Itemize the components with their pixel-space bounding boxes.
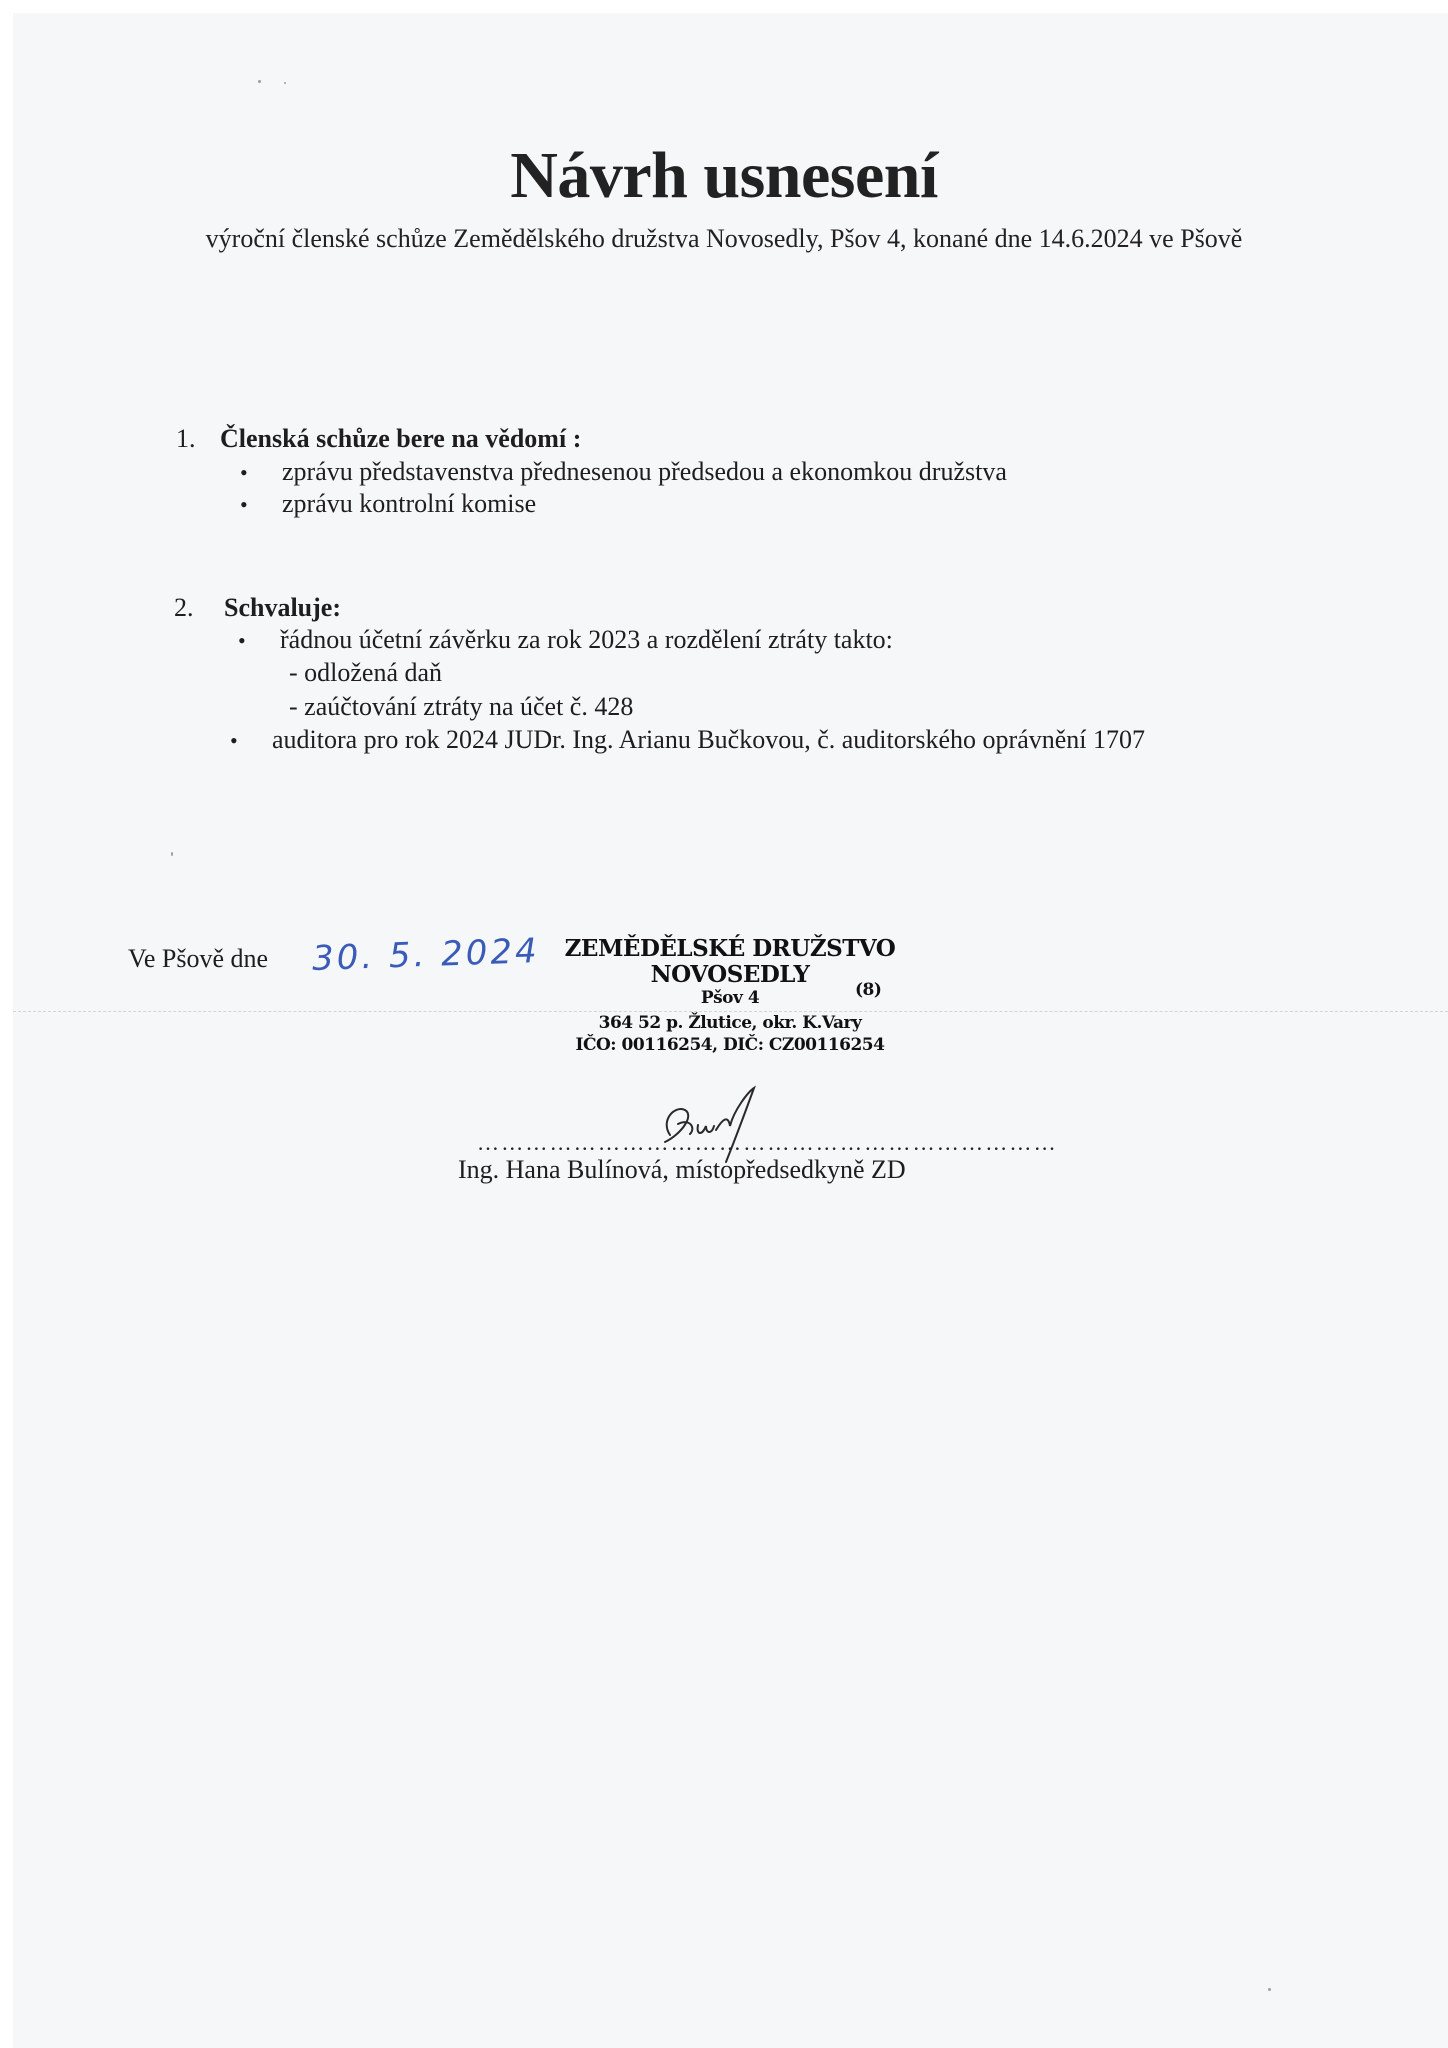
list-item: řádnou účetní závěrku za rok 2023 a rozd… — [280, 625, 893, 655]
section-heading: Schvaluje: — [224, 593, 341, 623]
list-item: zprávu představenstva přednesenou předse… — [282, 457, 1007, 487]
section-number: 2. — [174, 593, 194, 623]
bullet-icon: • — [240, 460, 248, 486]
signature-line: ……………………………………………………………… — [477, 1130, 1058, 1156]
section-number: 1. — [176, 424, 196, 454]
bullet-icon: • — [238, 628, 246, 654]
section-heading: Členská schůze bere na vědomí : — [220, 424, 581, 454]
stamp-line: IČO: 00116254, DIČ: CZ00116254 — [560, 1035, 900, 1055]
stamp-line: Pšov 4 — [560, 988, 900, 1008]
document-title: Návrh usnesení — [0, 138, 1448, 214]
place-date-label: Ve Pšově dne — [128, 944, 268, 974]
sub-item: - odložená daň — [289, 658, 442, 688]
signer-name: Ing. Hana Bulínová, místopředsedkyně ZD — [458, 1155, 906, 1185]
stamp-line: 364 52 p. Žlutice, okr. K.Vary — [560, 1013, 900, 1033]
scan-speck — [284, 82, 286, 84]
list-item: zprávu kontrolní komise — [282, 489, 536, 519]
sub-item: - zaúčtování ztráty na účet č. 428 — [289, 692, 633, 722]
handwritten-date: 30. 5. 2024 — [311, 931, 540, 979]
bullet-icon: • — [240, 492, 248, 518]
list-item: auditora pro rok 2024 JUDr. Ing. Arianu … — [272, 725, 1145, 755]
bullet-icon: • — [230, 728, 238, 754]
scan-speck — [258, 80, 261, 83]
stamp-line: NOVOSEDLY — [560, 961, 900, 988]
paper-fold-line — [13, 1011, 1448, 1012]
scan-speck — [171, 852, 173, 856]
document-subtitle: výroční členské schůze Zemědělského druž… — [0, 224, 1448, 254]
scan-speck — [1268, 1988, 1271, 1991]
stamp-line: ZEMĚDĚLSKÉ DRUŽSTVO — [560, 935, 900, 962]
